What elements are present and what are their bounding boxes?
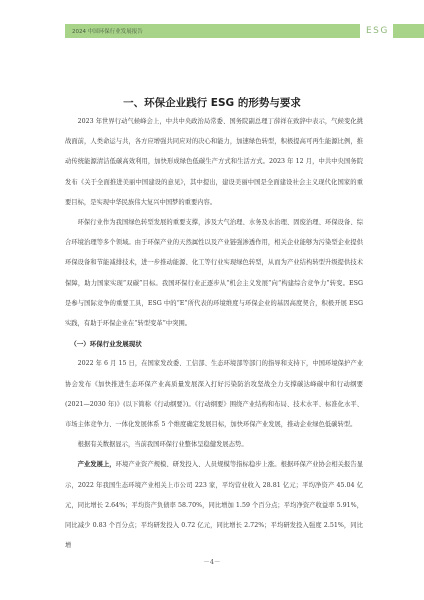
industry-lead: 产业发展上， (78, 461, 116, 468)
report-title: 2024 中国环保行业发展报告 (65, 27, 143, 35)
paragraph-industry-role: 环保行业作为我国绿色转型发展的重要支撑，涉及大气治理、水务及水治理、固废治理、环… (65, 213, 363, 334)
header-banner-tail (393, 24, 424, 38)
paragraph-action-plan: 2022 年 6 月 15 日，在国家发改委、工信部、生态环境部等部门的指导和支… (65, 354, 363, 435)
industry-text: 环境产业资产规模、研发投入、人员规模等指标稳步上涨。根据环保产业协会相关报告显示… (65, 461, 363, 549)
header-banner: 2024 中国环保行业发展报告 (65, 24, 360, 38)
page-number: －4－ (0, 557, 424, 566)
document-body: 2023 年世界行动气候峰会上，中共中央政治局常委、国务院副总理丁薛祥在致辞中表… (65, 112, 363, 556)
paragraph-climate-summit: 2023 年世界行动气候峰会上，中共中央政治局常委、国务院副总理丁薛祥在致辞中表… (65, 112, 363, 213)
subsection-title: （一）环保行业发展现状 (65, 334, 363, 354)
esg-tag: ESG (366, 24, 389, 38)
section-title: 一、环保企业践行 ESG 的形势与要求 (0, 95, 424, 110)
paragraph-industry-development: 产业发展上，环境产业资产规模、研发投入、人员规模等指标稳步上涨。根据环保产业协会… (65, 455, 363, 556)
paragraph-data-summary: 根据有关数据显示，当前我国环保行业整体呈稳健发展态势。 (65, 435, 363, 455)
